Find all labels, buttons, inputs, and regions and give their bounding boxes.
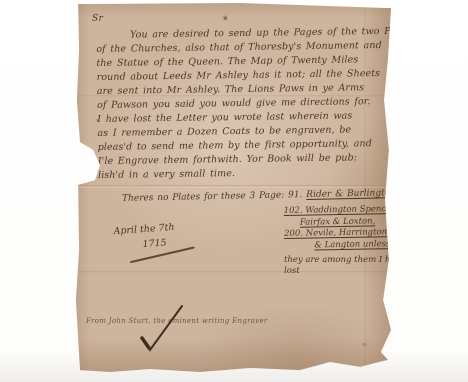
plates-header-text: Theres no Plates for these 3 Page: 91.: [122, 190, 303, 204]
photo-background: Sr You are desired to send up the Pages …: [0, 0, 468, 382]
ink-speck: [224, 17, 227, 20]
plates-list: 102. Waddington Spencer, Fairfax & Loxto…: [284, 204, 398, 252]
plates-note-line: they are among them I have: [284, 255, 405, 266]
salutation: Sr: [92, 14, 103, 24]
plates-note: they are among them I have lost: [284, 255, 405, 277]
date-line: April the 7th: [113, 222, 175, 237]
pen-flourish: [130, 246, 195, 262]
letter-body: You are desired to send up the Pages of …: [96, 25, 386, 183]
letter-line: lish'd in a very small time.: [98, 165, 386, 183]
date-year: 1715: [142, 237, 176, 250]
fold-crease: [74, 185, 392, 188]
plates-name-underlined: Rider & Burlington: [306, 188, 396, 200]
plates-header: Theres no Plates for these 3 Page: 91. R…: [122, 188, 396, 204]
ink-speck: [362, 343, 367, 346]
checkmark-icon: [138, 301, 188, 357]
plates-note-line: lost: [284, 266, 405, 277]
plates-item: & Langton unless: [314, 239, 398, 252]
letter-paper: Sr You are desired to send up the Pages …: [74, 3, 392, 372]
plates-item: 102. Waddington Spencer,: [284, 204, 397, 217]
date-block: April the 7th 1715: [113, 222, 176, 252]
